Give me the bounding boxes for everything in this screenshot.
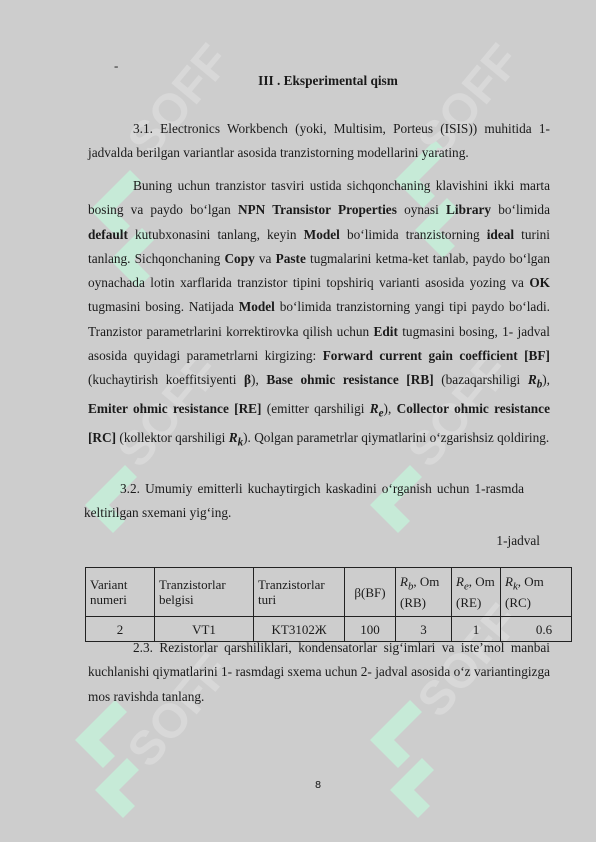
- dash-mark: -: [114, 58, 118, 74]
- header-variant: Variant numeri: [86, 568, 155, 617]
- table-header-row: Variant numeri Tranzistorlar belgisi Tra…: [86, 568, 572, 617]
- paragraph-3-2-text: 3.2. Umumiy emitterli kuchaytirgich kask…: [84, 477, 524, 526]
- paragraph-3-1: 3.1. Electronics Workbench (yoki, Multis…: [88, 117, 550, 166]
- parameters-table: Variant numeri Tranzistorlar belgisi Tra…: [85, 567, 572, 642]
- paragraph-2-3-text: 2.3. Rezistorlar qarshiliklari, kondensa…: [88, 636, 550, 709]
- table-caption: 1-jadval: [496, 533, 540, 549]
- paragraph-3-1-text: 3.1. Electronics Workbench (yoki, Multis…: [88, 117, 550, 166]
- paragraph-instructions: Buning uchun tranzistor tasviri ustida s…: [88, 174, 550, 455]
- section-title: III . Eksperimental qism: [0, 73, 596, 89]
- paragraph-2-3: 2.3. Rezistorlar qarshiliklari, kondensa…: [88, 636, 550, 709]
- header-bf: β(BF): [345, 568, 396, 617]
- instructions-text: Buning uchun tranzistor tasviri ustida s…: [88, 174, 550, 455]
- header-rb: Rb, Om (RB): [396, 568, 452, 617]
- header-rc: Rk, Om (RC): [501, 568, 572, 617]
- page-number: 8: [0, 780, 596, 791]
- paragraph-3-2: 3.2. Umumiy emitterli kuchaytirgich kask…: [84, 477, 524, 526]
- header-type: Tranzistorlar turi: [254, 568, 345, 617]
- header-re: Re, Om (RE): [452, 568, 501, 617]
- header-symbol: Tranzistorlar belgisi: [155, 568, 254, 617]
